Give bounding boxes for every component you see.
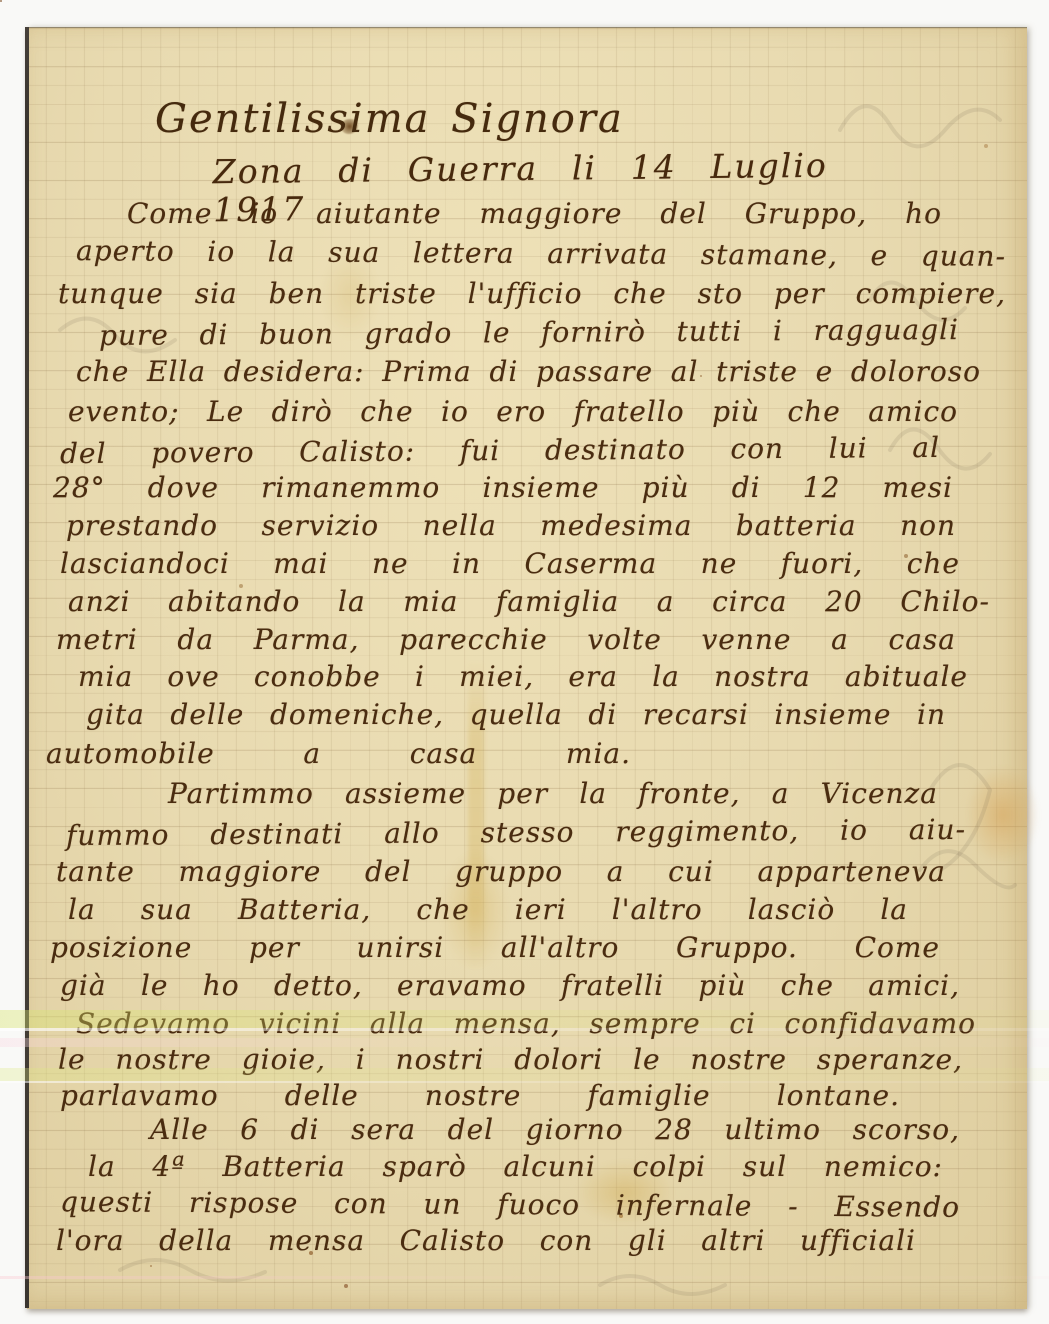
letter-line: posizione per unirsi all'altro Gruppo. C… — [50, 932, 940, 964]
letter-line: lasciandoci mai ne in Caserma ne fuori, … — [60, 548, 960, 580]
letter-line: aperto io la sua lettera arrivata staman… — [76, 235, 1006, 273]
letter-line: questi rispose con un fuoco infernale - … — [60, 1186, 960, 1224]
letter-line: automobile a casa mia. — [46, 738, 631, 770]
letter-line: del povero Calisto: fui destinato con lu… — [60, 432, 940, 470]
letter-line: mia ove conobbe i miei, era la nostra ab… — [78, 661, 968, 693]
letter-line: già le ho detto, eravamo fratelli più ch… — [60, 970, 960, 1002]
letter-line: Sedevamo vicini alla mensa, sempre ci co… — [76, 1008, 976, 1040]
letter-line: Come io aiutante maggiore del Gruppo, ho — [127, 198, 942, 230]
letter-line: pure di buon grado le fornirò tutti i ra… — [99, 314, 959, 352]
letter-line: Alle 6 di sera del giorno 28 ultimo scor… — [150, 1114, 960, 1146]
letter-line: che Ella desidera: Prima di passare al t… — [76, 356, 981, 388]
letter-line: gita delle domeniche, quella di recarsi … — [86, 699, 946, 731]
paper-specks — [0, 0, 2, 2]
letter-line: metri da Parma, parecchie volte venne a … — [56, 624, 956, 656]
paper-left-edge — [25, 27, 29, 1308]
letter-line: l'ora della mensa Calisto con gli altri … — [56, 1225, 916, 1257]
letter-line: Partimmo assieme per la fronte, a Vicenz… — [168, 778, 938, 810]
salutation-line: Gentilissima Signora — [155, 96, 624, 142]
letter-line: la sua Batteria, che ieri l'altro lasciò… — [68, 894, 908, 926]
letter-line: tante maggiore del gruppo a cui apparten… — [56, 856, 946, 888]
letter-line: evento; Le dirò che io ero fratello più … — [68, 396, 958, 428]
letter-line: parlavamo delle nostre famiglie lontane. — [60, 1080, 900, 1112]
letter-line: 28° dove rimanemmo insieme più di 12 mes… — [53, 472, 953, 504]
letter-line: anzi abitando la mia famiglia a circa 20… — [68, 586, 990, 618]
scanned-letter-page: Gentilissima Signora Zona di Guerra li 1… — [0, 0, 1049, 1324]
letter-line: la 4ª Batteria sparò alcuni colpi sul ne… — [88, 1151, 943, 1183]
letter-line: fummo destinati allo stesso reggimento, … — [66, 814, 966, 852]
letter-line: le nostre gioie, i nostri dolori le nost… — [58, 1044, 963, 1076]
letter-line: prestando servizio nella medesima batter… — [66, 510, 956, 542]
letter-line: tunque sia ben triste l'ufficio che sto … — [58, 278, 1006, 310]
